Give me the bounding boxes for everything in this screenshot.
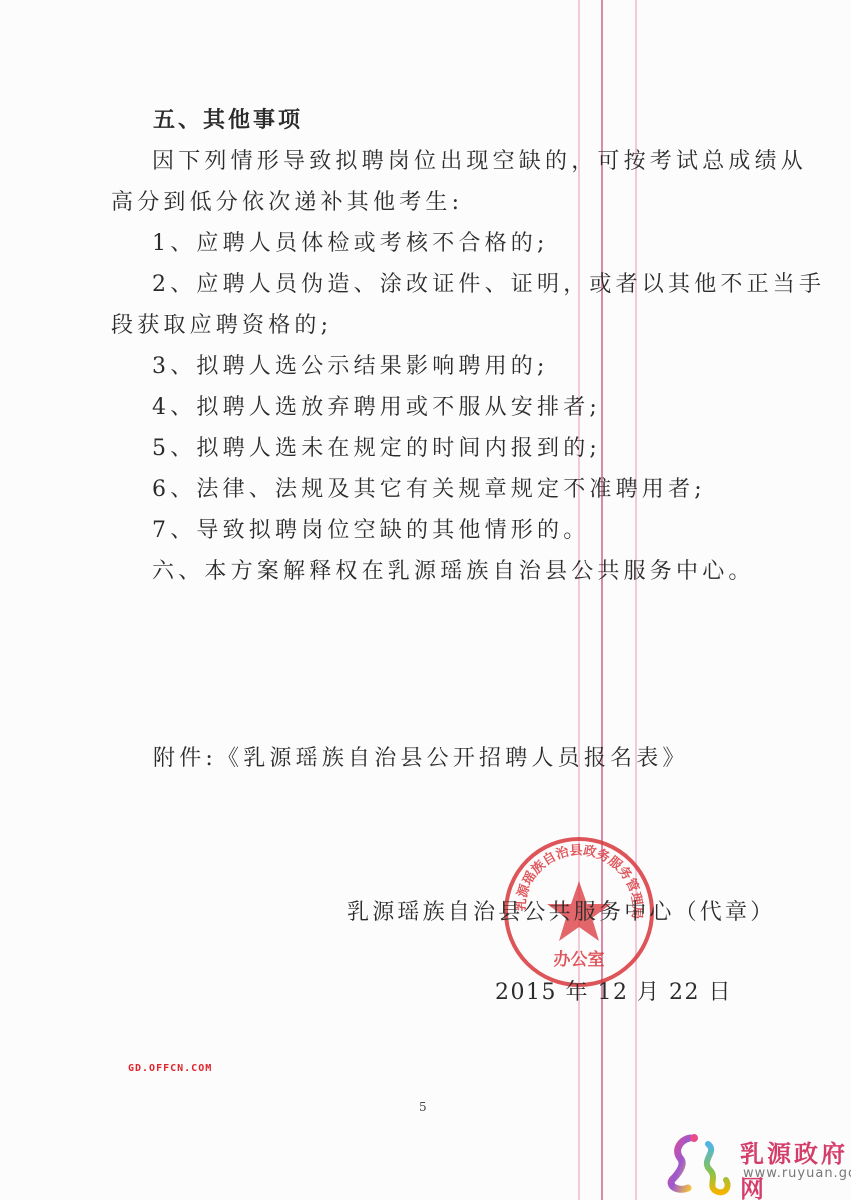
dragon-logo-icon — [660, 1130, 738, 1196]
list-item: 5、拟聘人选未在规定的时间内报到的; — [152, 436, 601, 462]
signature-line: 乳源瑶族自治县公共服务中心（代章） — [347, 900, 775, 926]
section-heading: 五、其他事项 — [153, 107, 303, 133]
svg-text:办公室: 办公室 — [554, 949, 605, 970]
site-url: www.ruyuan.gov.cn — [743, 1166, 851, 1181]
section-heading: 六、本方案解释权在乳源瑶族自治县公共服务中心。 — [152, 559, 755, 585]
scan-line — [635, 0, 637, 1200]
list-item: 2、应聘人员伪造、涂改证件、证明，或者以其他不正当手 — [152, 272, 825, 298]
offcn-watermark: GD.OFFCN.COM — [128, 1063, 212, 1074]
list-item: 4、拟聘人选放弃聘用或不服从安排者; — [152, 395, 601, 421]
list-item: 3、拟聘人选公示结果影响聘用的; — [152, 354, 549, 380]
date-line: 2015 年 12 月 22 日 — [495, 980, 732, 1006]
scan-line — [578, 0, 580, 1200]
list-item: 6、法律、法规及其它有关规章规定不准聘用者; — [152, 477, 706, 503]
scan-line — [601, 0, 603, 1200]
site-logo: 乳源政府网 www.ruyuan.gov.cn — [660, 1130, 850, 1196]
paragraph-line: 因下列情形导致拟聘岗位出现空缺的，可按考试总成绩从 — [152, 149, 807, 175]
attachment-line: 附件:《乳源瑶族自治县公开招聘人员报名表》 — [153, 746, 689, 772]
list-item-continuation: 段获取应聘资格的; — [111, 313, 332, 339]
document-page: 五、其他事项 因下列情形导致拟聘岗位出现空缺的，可按考试总成绩从 高分到低分依次… — [0, 0, 851, 1200]
paragraph-line: 高分到低分依次递补其他考生: — [111, 190, 463, 216]
page-number: 5 — [419, 1100, 427, 1114]
list-item: 7、导致拟聘岗位空缺的其他情形的。 — [152, 518, 589, 544]
list-item: 1、应聘人员体检或考核不合格的; — [152, 231, 549, 257]
